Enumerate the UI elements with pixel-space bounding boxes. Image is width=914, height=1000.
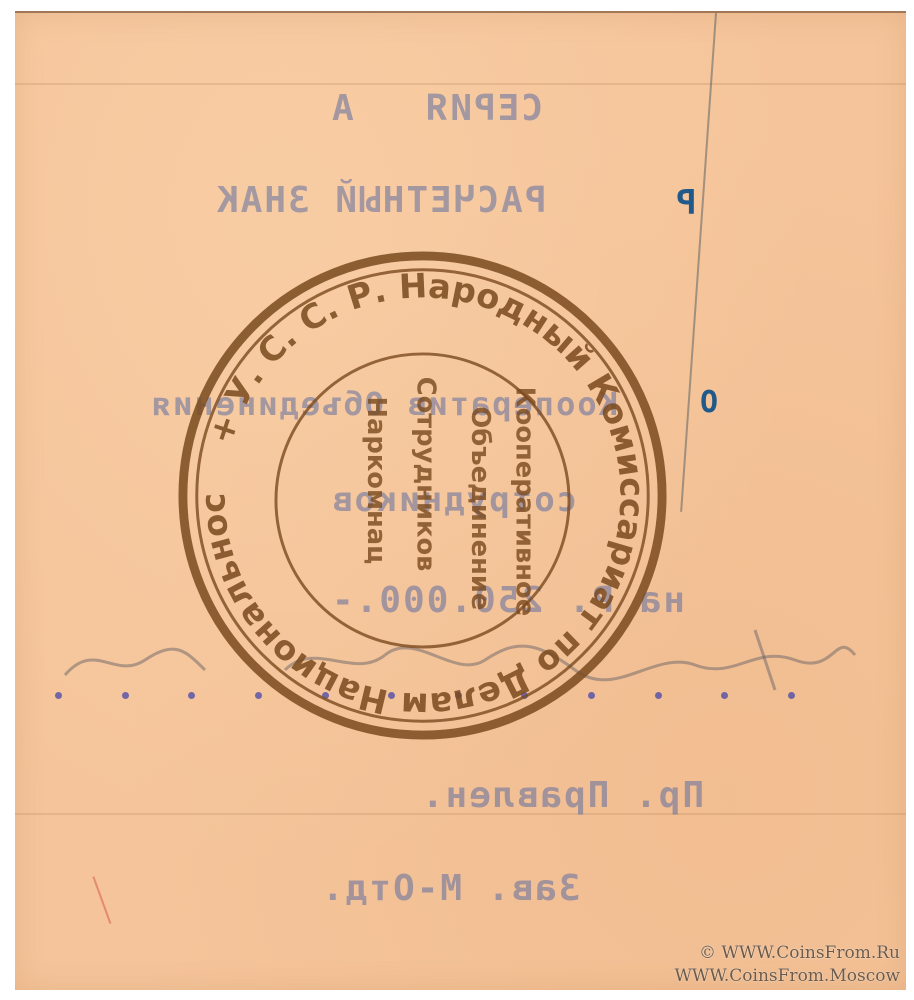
stamp-inner-line-3: Сотрудников [411, 377, 441, 572]
ruled-line [680, 13, 717, 512]
paper-fold [15, 83, 906, 85]
mirrored-title-text: РАСЧЕТНЫЙ ЗНАК [215, 180, 546, 221]
blue-letter-r: Р [676, 183, 696, 223]
mirrored-series-text: СЕРИЯ А [330, 88, 543, 129]
stamp-inner-line-2: Объединение [465, 406, 495, 610]
blue-letter-o: О [700, 385, 718, 420]
dot [122, 692, 129, 699]
dot [788, 692, 795, 699]
mirrored-board-text: Пр. Правлен. [420, 775, 704, 816]
watermark: © WWW.CoinsFrom.Ru WWW.CoinsFrom.Moscow [674, 942, 900, 988]
dot [721, 692, 728, 699]
circular-stamp: + У. С. С. Р. Народный Комиссариат по Де… [175, 248, 670, 743]
stamp-inner-line-1: Кооперативное [510, 387, 540, 617]
watermark-line-2: WWW.CoinsFrom.Moscow [674, 965, 900, 988]
mirrored-manager-text: Зав. М-Отд. [320, 868, 580, 909]
watermark-line-1: © WWW.CoinsFrom.Ru [674, 942, 900, 965]
dot [55, 692, 62, 699]
stamp-inner-line-4: Наркомнац [361, 397, 391, 565]
